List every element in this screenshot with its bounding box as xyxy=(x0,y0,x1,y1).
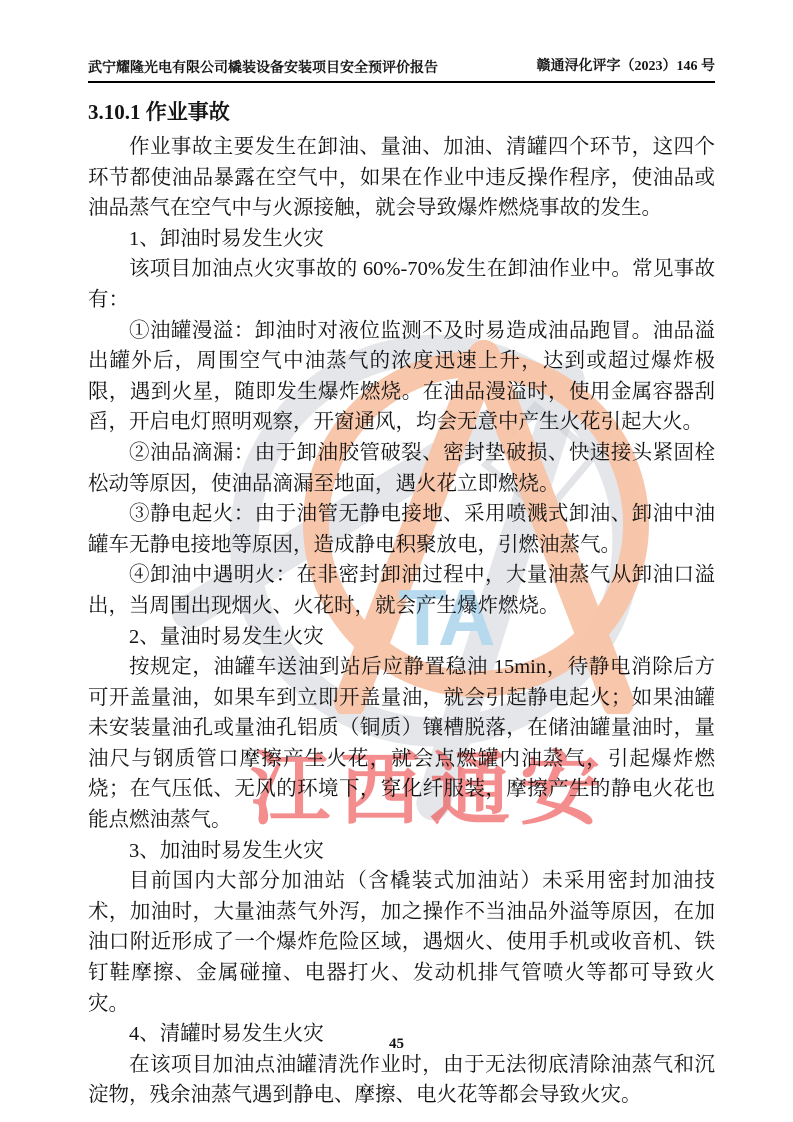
paragraph: ③静电起火：由于油管无静电接地、采用喷溅式卸油、卸油中油罐车无静电接地等原因，造… xyxy=(88,499,715,560)
paragraph: ④卸油中遇明火：在非密封卸油过程中，大量油蒸气从卸油口溢出，当周围出现烟火、火花… xyxy=(88,560,715,621)
section-title: 作业事故 xyxy=(146,101,230,124)
paragraph: 1、卸油时易发生火灾 xyxy=(88,224,715,255)
paragraph: ①油罐漫溢：卸油时对液位监测不及时易造成油品跑冒。油品溢出罐外后，周围空气中油蒸… xyxy=(88,316,715,438)
paragraph: 在该项目加油点油罐清洗作业时，由于无法彻底清除油蒸气和沉淀物，残余油蒸气遇到静电… xyxy=(88,1050,715,1111)
paragraph: 作业事故主要发生在卸油、量油、加油、清罐四个环节，这四个环节都使油品暴露在空气中… xyxy=(88,132,715,224)
paragraph: 该项目加油点火灾事故的 60%-70%发生在卸油作业中。常见事故有： xyxy=(88,254,715,315)
paragraph: 目前国内大部分加油站（含橇装式加油站）未采用密封加油技术，加油时，大量油蒸气外泻… xyxy=(88,866,715,1019)
page-header: 武宁耀隆光电有限公司橇装设备安装项目安全预评价报告 赣通浔化评字（2023）14… xyxy=(88,58,715,83)
page-number: 45 xyxy=(0,1036,793,1053)
paragraph: 按规定，油罐车送油到站后应静置稳油 15min，待静电消除后方可开盖量油，如果车… xyxy=(88,652,715,836)
document-content: 武宁耀隆光电有限公司橇装设备安装项目安全预评价报告 赣通浔化评字（2023）14… xyxy=(88,58,715,1111)
document-page: TA 江西通安 武宁耀隆光电有限公司橇装设备安装项目安全预评价报告 赣通浔化评字… xyxy=(0,0,793,1122)
header-document-number: 赣通浔化评字（2023）146 号 xyxy=(537,58,716,76)
header-report-title: 武宁耀隆光电有限公司橇装设备安装项目安全预评价报告 xyxy=(88,58,438,76)
paragraph: 2、量油时易发生火灾 xyxy=(88,622,715,653)
paragraph: 3、加油时易发生火灾 xyxy=(88,836,715,867)
body-text: 作业事故主要发生在卸油、量油、加油、清罐四个环节，这四个环节都使油品暴露在空气中… xyxy=(88,132,715,1111)
section-heading: 3.10.1 作业事故 xyxy=(88,99,715,126)
section-number: 3.10.1 xyxy=(88,100,141,124)
paragraph: ②油品滴漏：由于卸油胶管破裂、密封垫破损、快速接头紧固栓松动等原因，使油品滴漏至… xyxy=(88,438,715,499)
